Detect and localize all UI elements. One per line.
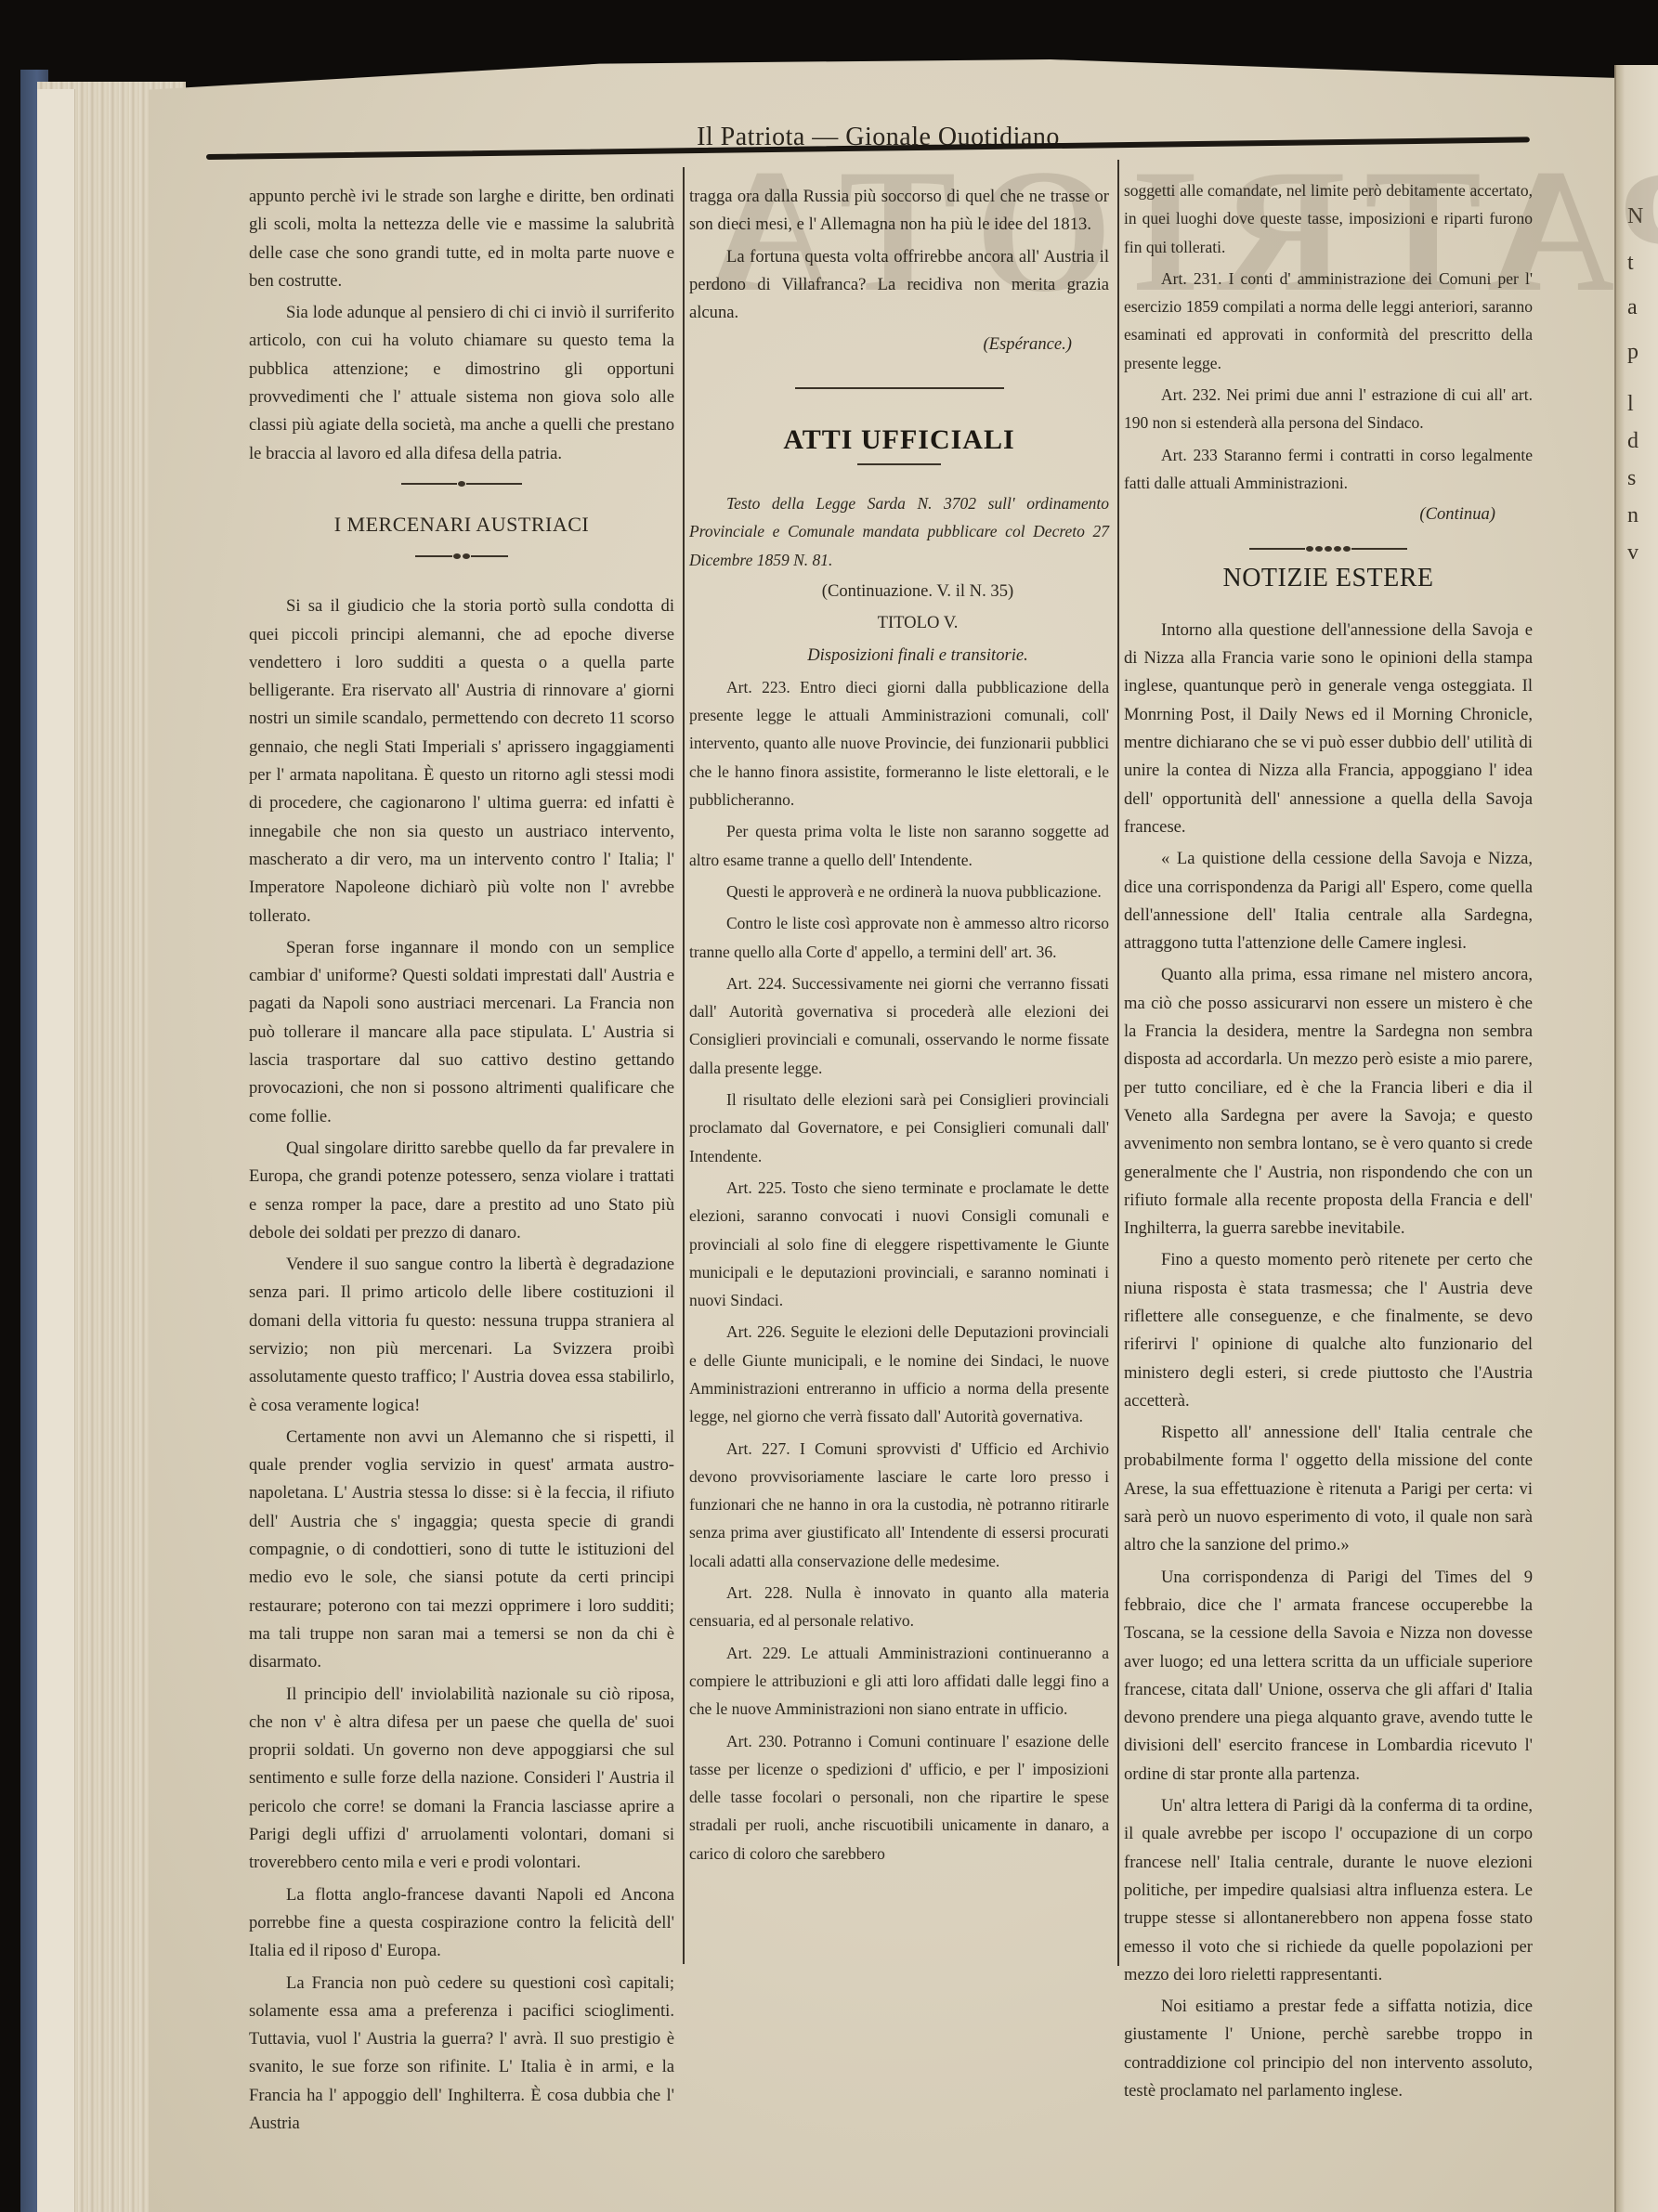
law-article: Art. 228. Nulla è innovato in quanto all… <box>689 1579 1109 1635</box>
law-article: Art. 229. Le attuali Amministrazioni con… <box>689 1639 1109 1724</box>
next-page-edge: N t a p l d s n v <box>1614 65 1658 2212</box>
law-article: Art. 226. Seguite le elezioni delle Depu… <box>689 1318 1109 1430</box>
title-rule <box>857 463 941 465</box>
paragraph: Una corrispondenza di Parigi del Times d… <box>1124 1564 1533 1789</box>
paragraph: La flotta anglo-francese davanti Napoli … <box>249 1881 674 1966</box>
margin-fragment: s <box>1627 466 1636 491</box>
paragraph: Quanto alla prima, essa rimane nel miste… <box>1124 961 1533 1243</box>
paragraph: « La quistione della cessione della Savo… <box>1124 845 1533 957</box>
margin-fragment: v <box>1627 540 1638 566</box>
paragraph: Un' altra lettera di Parigi dà la confer… <box>1124 1792 1533 1989</box>
column-divider <box>1117 160 1119 1966</box>
paragraph: tragga ora dalla Russia più soccorso di … <box>689 183 1109 240</box>
paragraph: Qual singolare diritto sarebbe quello da… <box>249 1135 674 1247</box>
continua-note: (Continua) <box>1124 501 1533 528</box>
titolo-heading: TITOLO V. <box>689 609 1109 637</box>
paragraph: Intorno alla questione dell'annessione d… <box>1124 617 1533 841</box>
signature: (Espérance.) <box>689 331 1109 358</box>
section-title: NOTIZIE ESTERE <box>1124 565 1533 592</box>
front-leaf <box>37 89 75 2212</box>
law-article: Il risultato delle elezioni sarà pei Con… <box>689 1086 1109 1170</box>
continuation-note: (Continuazione. V. il N. 35) <box>689 578 1109 605</box>
paragraph: Rispetto all' annessione dell' Italia ce… <box>1124 1419 1533 1559</box>
law-article: Art. 224. Successivamente nei giorni che… <box>689 969 1109 1082</box>
law-article: Contro le liste così approvate non è amm… <box>689 909 1109 966</box>
paragraph: Il principio dell' inviolabilità naziona… <box>249 1681 674 1878</box>
title-ornament <box>249 553 674 559</box>
column-2: tragga ora dalla Russia più soccorso di … <box>689 183 1109 1871</box>
section-divider <box>689 387 1109 389</box>
margin-fragment: a <box>1627 295 1638 320</box>
law-article: Art. 230. Potranno i Comuni continuare l… <box>689 1727 1109 1867</box>
law-article: Art. 225. Tosto che sieno terminate e pr… <box>689 1174 1109 1314</box>
section-title: ATTI UFFICIALI <box>689 426 1109 454</box>
paragraph: Certamente non avvi un Alemanno che si r… <box>249 1424 674 1677</box>
law-article: Per questa prima volta le liste non sara… <box>689 817 1109 874</box>
paragraph: Si sa il giudicio che la storia portò su… <box>249 592 674 930</box>
column-1: appunto perchè ivi le strade son larghe … <box>249 183 674 2141</box>
column-divider <box>683 167 685 1964</box>
margin-fragment: n <box>1627 503 1638 528</box>
margin-fragment: l <box>1627 392 1634 417</box>
paragraph: appunto perchè ivi le strade son larghe … <box>249 183 674 295</box>
paragraph: La fortuna questa volta offrirebbe ancor… <box>689 243 1109 328</box>
law-article: Art. 232. Nei primi due anni l' estrazio… <box>1124 381 1533 437</box>
margin-fragment: p <box>1627 340 1638 365</box>
section-ornament <box>1124 546 1533 552</box>
paragraph: Vendere il suo sangue contro la libertà … <box>249 1251 674 1420</box>
law-article: Art. 223. Entro dieci giorni dalla pubbl… <box>689 673 1109 813</box>
margin-fragment: d <box>1627 429 1638 454</box>
law-article: soggetti alle comandate, nel limite però… <box>1124 176 1533 261</box>
margin-fragment: N <box>1627 204 1643 229</box>
law-article: Questi le approverà e ne ordinerà la nuo… <box>689 878 1109 905</box>
paragraph: Speran forse ingannare il mondo con un s… <box>249 934 674 1131</box>
article-title: I MERCENARI AUSTRIACI <box>249 511 674 539</box>
paragraph: Noi esitiamo a prestar fede a siffatta n… <box>1124 1993 1533 2105</box>
margin-fragment: t <box>1627 251 1634 276</box>
paragraph: Sia lode adunque al pensiero di chi ci i… <box>249 299 674 468</box>
law-article: Art. 231. I conti d' amministrazione dei… <box>1124 265 1533 377</box>
section-ornament <box>249 481 674 487</box>
law-intro: Testo della Legge Sarda N. 3702 sull' or… <box>689 489 1109 574</box>
law-article: Art. 227. I Comuni sprovvisti d' Ufficio… <box>689 1435 1109 1575</box>
titolo-subtitle: Disposizioni finali e transitorie. <box>689 642 1109 670</box>
paragraph: Fino a questo momento però ritenete per … <box>1124 1246 1533 1415</box>
column-3: soggetti alle comandate, nel limite però… <box>1124 176 1533 2109</box>
law-article: Art. 233 Staranno fermi i contratti in c… <box>1124 441 1533 498</box>
paragraph: La Francia non può cedere su questioni c… <box>249 1970 674 2139</box>
